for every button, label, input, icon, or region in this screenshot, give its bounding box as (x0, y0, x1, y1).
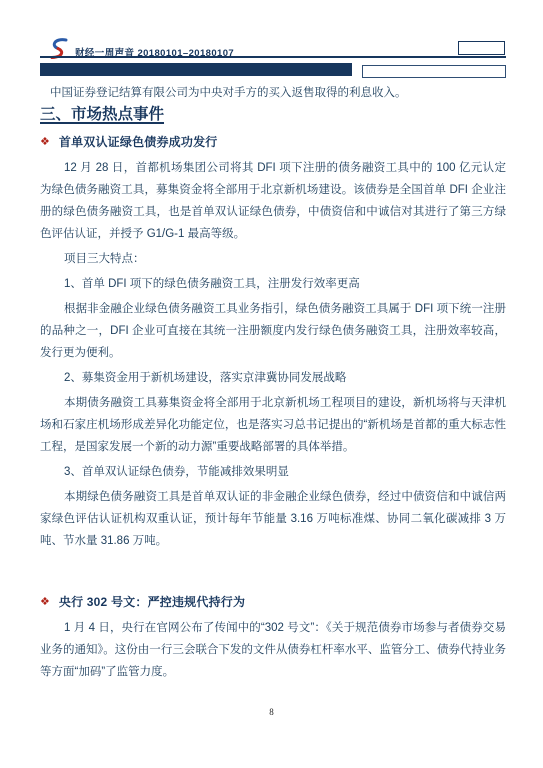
section-heading: 三、市场热点事件 (40, 104, 506, 126)
header-rule-box (458, 41, 505, 55)
paragraph: 1、首单 DFI 项下的绿色债务融资工具，注册发行效率更高 (40, 273, 506, 295)
paragraph: 1 月 4 日，央行在官网公布了传闻中的“302 号文”：《关于规范债券市场参与… (40, 617, 506, 683)
bullet-title: 央行 302 号文：严控违规代持行为 (59, 594, 245, 611)
document-page: 财经一周声音 20180101–20180107 中国证券登记结算有限公司为中央… (0, 0, 543, 768)
intro-paragraph: 中国证券登记结算有限公司为中央对手方的买入返售取得的利息收入。 (40, 82, 506, 104)
header-outline-bar (362, 65, 506, 78)
paragraph: 根据非金融企业绿色债务融资工具业务指引，绿色债务融资工具属于 DFI 项下统一注… (40, 298, 506, 364)
paragraph: 2、募集资金用于新机场建设，落实京津冀协同发展战略 (40, 367, 506, 389)
paragraph: 项目三大特点： (40, 248, 506, 270)
diamond-bullet-icon: ❖ (40, 594, 50, 611)
paragraph: 3、首单双认证绿色债券，节能减排效果明显 (40, 461, 506, 483)
bullet-item-green-bond: ❖ 首单双认证绿色债券成功发行 (40, 134, 506, 151)
header-navy-bar (40, 63, 352, 76)
footer-page-number: 8 (0, 707, 543, 717)
paragraph: 12 月 28 日，首都机场集团公司将其 DFI 项下注册的债务融资工具中的 1… (40, 157, 506, 245)
paragraph: 本期绿色债务融资工具是首单双认证的非金融企业绿色债券，经过中债资信和中诚信两家绿… (40, 486, 506, 552)
paragraph: 本期债务融资工具募集资金将全部用于北京新机场工程项目的建设，新机场将与天津机场和… (40, 392, 506, 458)
diamond-bullet-icon: ❖ (40, 134, 50, 151)
header-rule (40, 56, 506, 58)
section-heading-text: 三、市场热点事件 (40, 106, 164, 123)
bullet-item-pboc-302: ❖ 央行 302 号文：严控违规代持行为 (40, 594, 506, 611)
document-body: 中国证券登记结算有限公司为中央对手方的买入返售取得的利息收入。 三、市场热点事件… (40, 82, 506, 683)
bullet-title: 首单双认证绿色债券成功发行 (59, 134, 218, 151)
